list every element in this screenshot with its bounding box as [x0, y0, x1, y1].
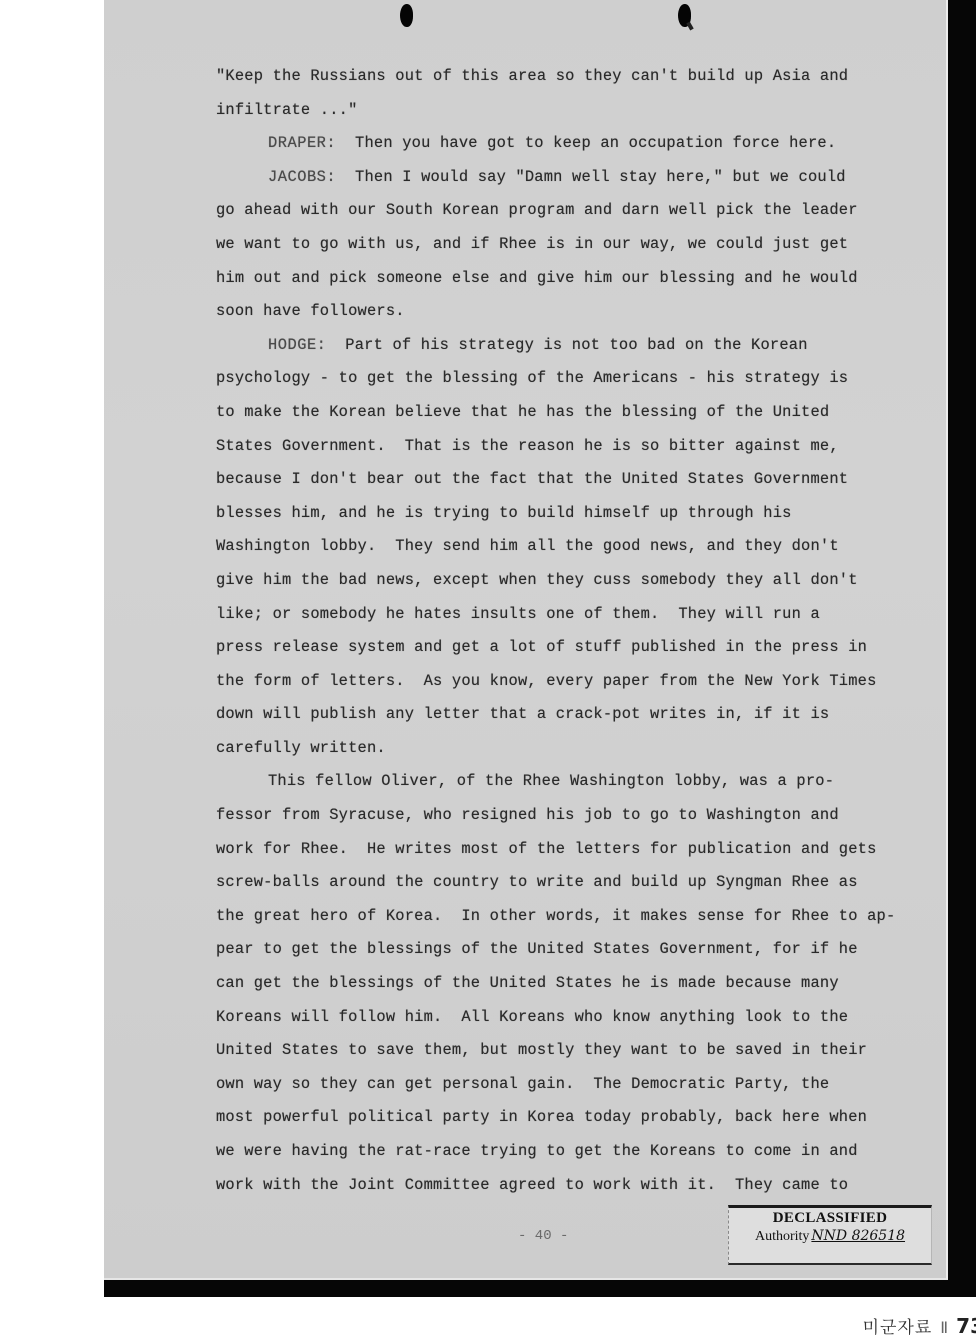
book-footer: 미군자료Ⅱ73 [863, 1313, 976, 1336]
text-line: down will publish any letter that a crac… [216, 698, 936, 732]
book-page-number: 73 [956, 1314, 976, 1336]
text-line: "Keep the Russians out of this area so t… [216, 60, 936, 94]
typescript-page-number: - 40 - [518, 1228, 568, 1244]
punch-hole-icon [400, 4, 413, 27]
text-line: fessor from Syracuse, who resigned his j… [216, 799, 936, 833]
speaker-label: JACOBS: [268, 168, 336, 186]
stamp-authority: AuthorityNND 826518 [729, 1228, 931, 1245]
text-line: give him the bad news, except when they … [216, 564, 936, 598]
text-line: This fellow Oliver, of the Rhee Washingt… [216, 765, 936, 799]
declassified-stamp: DECLASSIFIED AuthorityNND 826518 [728, 1205, 932, 1265]
punch-hole-icon [678, 4, 691, 27]
stamp-title: DECLASSIFIED [729, 1210, 931, 1227]
text-line: him out and pick someone else and give h… [216, 262, 936, 296]
dialogue-line: JACOBS: Then I would say "Damn well stay… [216, 161, 936, 195]
typescript-body: "Keep the Russians out of this area so t… [216, 60, 936, 1202]
text-line: we want to go with us, and if Rhee is in… [216, 228, 936, 262]
text-line: psychology - to get the blessing of the … [216, 362, 936, 396]
text-line: like; or somebody he hates insults one o… [216, 598, 936, 632]
text-line: blesses him, and he is trying to build h… [216, 497, 936, 531]
text-line: carefully written. [216, 732, 936, 766]
text-line: United States to save them, but mostly t… [216, 1034, 936, 1068]
text-line: Koreans will follow him. All Koreans who… [216, 1001, 936, 1035]
text-line: because I don't bear out the fact that t… [216, 463, 936, 497]
text-line: work for Rhee. He writes most of the let… [216, 833, 936, 867]
book-series-title: 미군자료 [863, 1318, 933, 1336]
text-line: infiltrate ..." [216, 94, 936, 128]
text-line: to make the Korean believe that he has t… [216, 396, 936, 430]
text-line: States Government. That is the reason he… [216, 430, 936, 464]
text-line: can get the blessings of the United Stat… [216, 967, 936, 1001]
authority-label: Authority [755, 1229, 809, 1244]
text-line: we were having the rat-race trying to ge… [216, 1135, 936, 1169]
text-line: work with the Joint Committee agreed to … [216, 1169, 936, 1203]
text-line: most powerful political party in Korea t… [216, 1101, 936, 1135]
text-line: Washington lobby. They send him all the … [216, 530, 936, 564]
text-line: soon have followers. [216, 295, 936, 329]
text-line: screw-balls around the country to write … [216, 866, 936, 900]
text-line: go ahead with our South Korean program a… [216, 194, 936, 228]
speaker-label: DRAPER: [268, 134, 336, 152]
text-line: the form of letters. As you know, every … [216, 665, 936, 699]
text-line: press release system and get a lot of st… [216, 631, 936, 665]
typescript-page: "Keep the Russians out of this area so t… [104, 0, 948, 1280]
authority-value: NND 826518 [811, 1228, 905, 1244]
scan-frame: "Keep the Russians out of this area so t… [104, 0, 976, 1297]
text-line: own way so they can get personal gain. T… [216, 1068, 936, 1102]
speaker-label: HODGE: [268, 336, 326, 354]
text-line: pear to get the blessings of the United … [216, 933, 936, 967]
dialogue-line: DRAPER: Then you have got to keep an occ… [216, 127, 936, 161]
dialogue-line: HODGE: Part of his strategy is not too b… [216, 329, 936, 363]
text-line: the great hero of Korea. In other words,… [216, 900, 936, 934]
volume-marker: Ⅱ [940, 1318, 948, 1336]
